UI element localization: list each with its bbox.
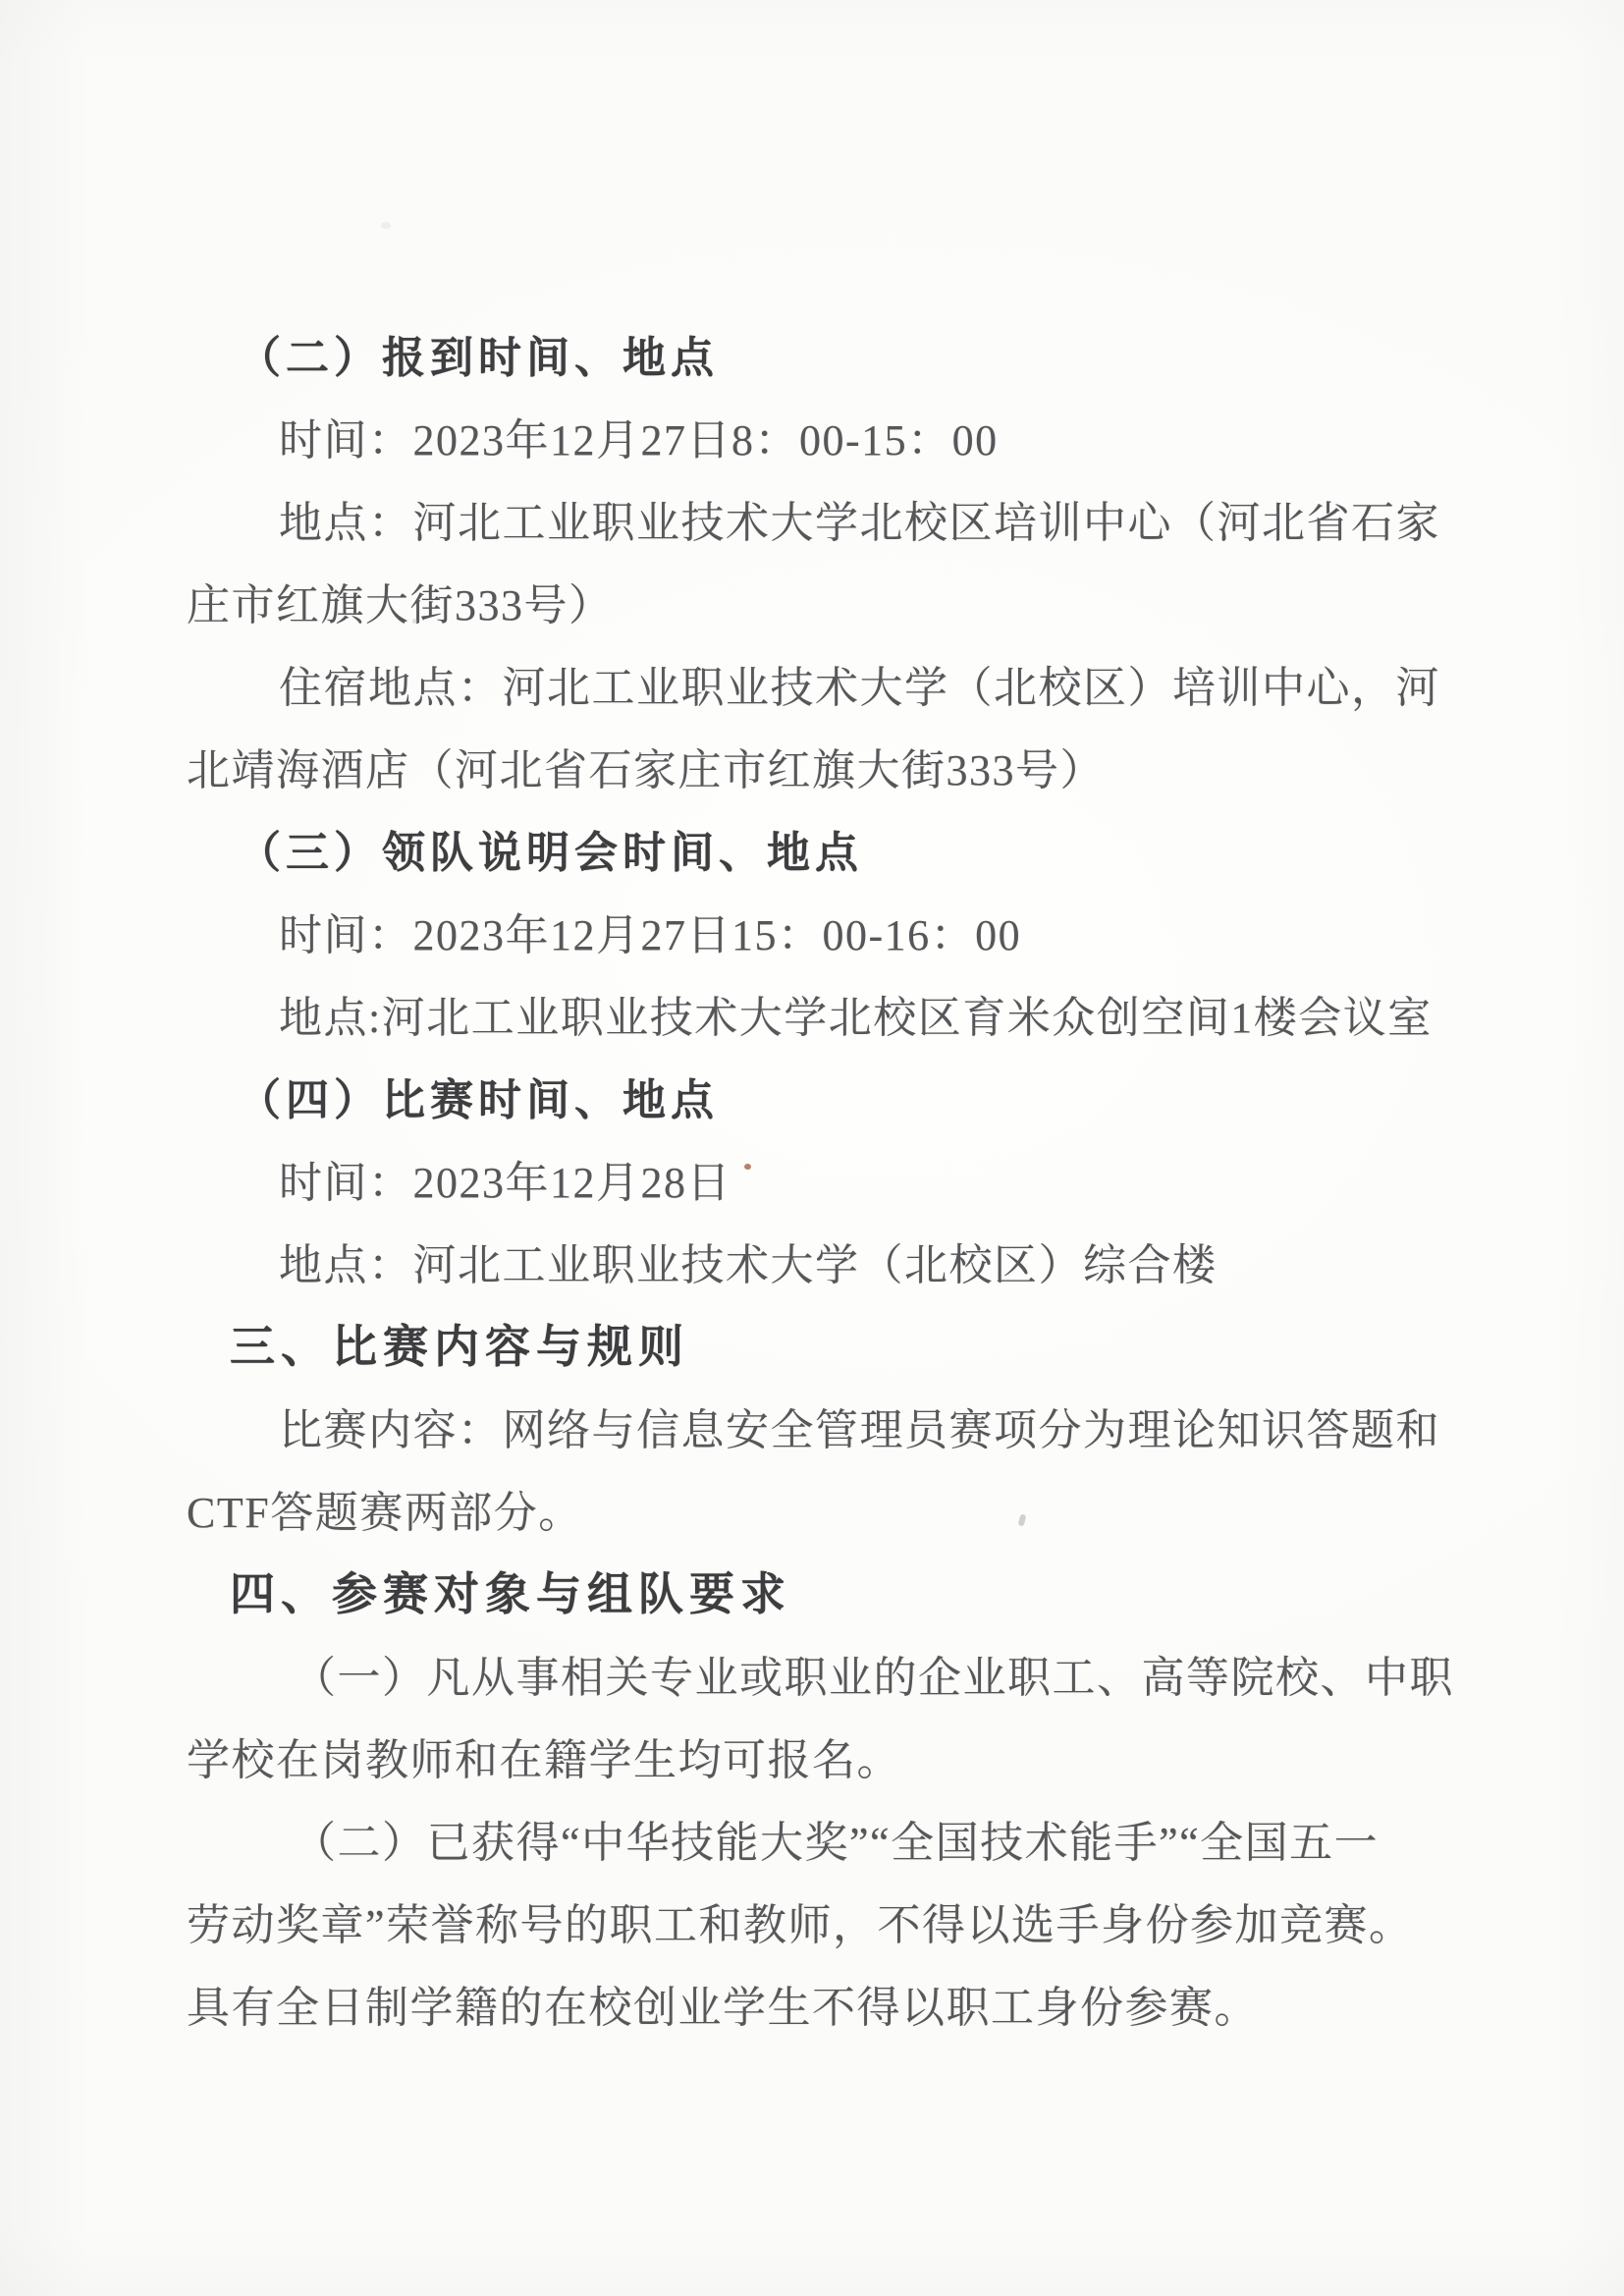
participants-item1-line-1: （一）凡从事相关专业或职业的企业职工、高等院校、中职 xyxy=(293,1632,1453,1715)
participants-item2-line-1: （二）已获得“中华技能大奖”“全国技术能手”“全国五一 xyxy=(293,1797,1453,1880)
heading-content-rules: 三、比赛内容与规则 xyxy=(230,1302,1453,1385)
heading-participants-requirements: 四、参赛对象与组队要求 xyxy=(230,1550,1453,1632)
registration-place-line-1: 地点：河北工业职业技术大学北校区培训中心（河北省石家 xyxy=(279,477,1453,560)
lodging-place-line-2: 北靖海酒店（河北省石家庄市红旗大街333号） xyxy=(187,725,1453,807)
heading-competition-time-place: （四）比赛时间、地点 xyxy=(238,1055,1453,1137)
document-body: （二）报到时间、地点 时间：2023年12月27日8：00-15：00 地点：河… xyxy=(187,312,1453,2045)
scanned-document-page: { "doc": { "language": "zh-CN", "kind": … xyxy=(0,0,1624,2296)
registration-time-line: 时间：2023年12月27日8：00-15：00 xyxy=(279,395,1453,477)
lodging-place-line-1: 住宿地点：河北工业职业技术大学（北校区）培训中心，河 xyxy=(279,642,1453,725)
participants-item2-line-2: 劳动奖章”荣誉称号的职工和教师，不得以选手身份参加竞赛。 xyxy=(187,1880,1453,1962)
briefing-time-line: 时间：2023年12月27日15：00-16：00 xyxy=(279,890,1453,972)
registration-place-line-2: 庄市红旗大街333号） xyxy=(187,560,1453,642)
competition-place-line: 地点：河北工业职业技术大学（北校区）综合楼 xyxy=(279,1220,1453,1302)
content-line-2: CTF答题赛两部分。 xyxy=(187,1467,1453,1550)
scan-artifact-faint-smudge xyxy=(381,222,391,229)
participants-item2-line-3: 具有全日制学籍的在校创业学生不得以职工身份参赛。 xyxy=(187,1962,1453,2045)
content-line-1: 比赛内容：网络与信息安全管理员赛项分为理论知识答题和 xyxy=(279,1385,1453,1467)
heading-briefing-time-place: （三）领队说明会时间、地点 xyxy=(238,807,1453,890)
participants-item1-line-2: 学校在岗教师和在籍学生均可报名。 xyxy=(187,1715,1453,1797)
heading-registration-time-place: （二）报到时间、地点 xyxy=(238,312,1453,395)
competition-time-line: 时间：2023年12月28日 xyxy=(279,1137,1453,1220)
briefing-place-line: 地点:河北工业职业技术大学北校区育米众创空间1楼会议室 xyxy=(279,972,1453,1055)
